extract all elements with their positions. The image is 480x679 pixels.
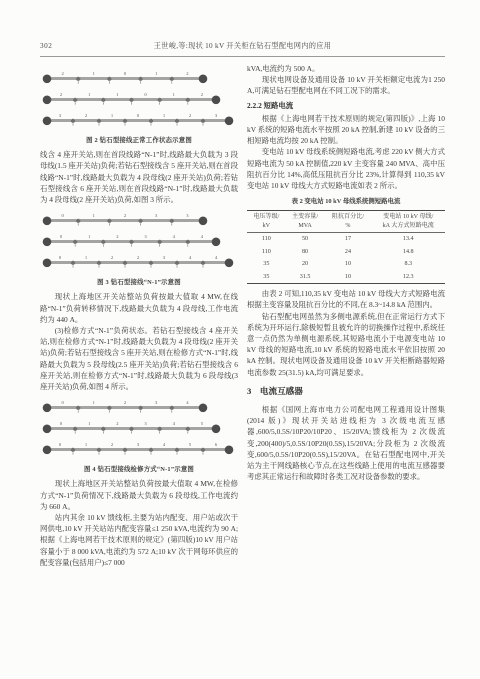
svg-text:1: 1 <box>88 234 91 239</box>
table-2: 电压等级/ kV主变容量/ MVA阻抗百分比/ %变电站 10 kV 母线/ k… <box>247 210 445 284</box>
figure-4-diagram: 012340123450123456 <box>40 394 238 464</box>
left-paragraph-5: 站内其余 10 kV 馈线柜,主要为站内配变、用户站或次干网供电,10 kV 开… <box>40 512 238 568</box>
svg-text:4: 4 <box>189 255 192 260</box>
svg-text:5: 5 <box>201 421 204 426</box>
table-cell: 24 <box>324 245 371 258</box>
svg-text:4: 4 <box>201 234 204 239</box>
svg-text:0: 0 <box>137 113 140 118</box>
figure-3: 012330123440122344 图 3 钻石型接线“N-1”示意图 <box>40 207 238 287</box>
paper-page: 302 王世峻,等:现状 10 kV 开关柜在钻石型配电网内的应用 210122… <box>0 0 480 679</box>
svg-text:2: 2 <box>111 442 114 447</box>
table-2-header: 电压等级/ kV主变容量/ MVA阻抗百分比/ %变电站 10 kV 母线/ k… <box>247 211 445 232</box>
right-paragraph-7: 根据《国网上海市电力公司配电网工程通用设计图集(2014 版)》现状开关站进线柜… <box>247 404 445 482</box>
svg-text:1: 1 <box>111 113 114 118</box>
table-cell: 110 <box>247 245 286 258</box>
svg-text:1: 1 <box>93 400 96 405</box>
table-cell: 17 <box>324 232 371 245</box>
table-row: 3531.51012.3 <box>247 271 445 284</box>
figure-2-diagram: 210122110123210123 <box>40 65 238 135</box>
svg-text:2: 2 <box>111 255 114 260</box>
svg-text:1: 1 <box>85 255 88 260</box>
table-cell: 14.8 <box>372 245 446 258</box>
figure-4: 012340123450123456 图 4 钻石型接线检修方式“N-1”示意图 <box>40 394 238 474</box>
table-cell: 50 <box>286 232 325 245</box>
svg-text:0: 0 <box>61 400 64 405</box>
right-paragraph-4: 变电站 10 kV 母线系统侧短路电流,考虑 220 kV 侧大方式短路电流为 … <box>247 146 445 191</box>
svg-text:0: 0 <box>59 255 62 260</box>
svg-text:0: 0 <box>60 421 63 426</box>
figure-3-diagram: 012330123440122344 <box>40 207 238 277</box>
table-2-caption: 表 2 变电站 10 kV 母线系统侧短路电流 <box>247 196 445 207</box>
svg-text:4: 4 <box>173 234 176 239</box>
svg-text:3: 3 <box>163 255 166 260</box>
table-cell: 31.5 <box>286 271 325 284</box>
svg-text:0: 0 <box>60 234 63 239</box>
figure-3-caption: 图 3 钻石型接线“N-1”示意图 <box>40 278 238 287</box>
svg-text:2: 2 <box>186 71 189 76</box>
svg-text:2: 2 <box>61 71 64 76</box>
table-cell: 35 <box>247 258 286 271</box>
table-cell: 8.3 <box>372 258 446 271</box>
svg-text:1: 1 <box>116 92 119 97</box>
table-cell: 13.4 <box>372 232 446 245</box>
svg-text:5: 5 <box>189 442 192 447</box>
svg-text:0: 0 <box>59 442 62 447</box>
svg-text:1: 1 <box>88 92 91 97</box>
figure-4-caption: 图 4 钻石型接线检修方式“N-1”示意图 <box>40 465 238 474</box>
figure-2-caption: 图 2 钻石型接线正常工作状态示意图 <box>40 136 238 145</box>
svg-text:3: 3 <box>215 113 218 118</box>
svg-text:2: 2 <box>124 400 127 405</box>
table-cell: 110 <box>247 232 286 245</box>
table-row: 3520108.3 <box>247 258 445 271</box>
table-column-header: 变电站 10 kV 母线/ kA 大方式短路电流 <box>372 211 446 232</box>
right-paragraph-2: 现状电网设备及通用设备 10 kV 开关柜额定电流为1 250 A,可满足钻石型… <box>247 74 445 96</box>
page-header: 302 王世峻,等:现状 10 kV 开关柜在钻石型配电网内的应用 <box>40 41 445 57</box>
right-paragraph-1: kVA,电流约为 500 A。 <box>247 63 445 74</box>
svg-text:2: 2 <box>137 255 140 260</box>
svg-text:2: 2 <box>189 113 192 118</box>
svg-text:3: 3 <box>137 442 140 447</box>
table-cell: 20 <box>286 258 325 271</box>
svg-text:2: 2 <box>85 113 88 118</box>
svg-text:1: 1 <box>93 213 96 218</box>
svg-text:1: 1 <box>173 92 176 97</box>
svg-text:1: 1 <box>163 113 166 118</box>
svg-text:3: 3 <box>144 234 147 239</box>
left-column: 210122110123210123 图 2 钻石型接线正常工作状态示意图 线含… <box>40 63 238 568</box>
svg-text:1: 1 <box>88 421 91 426</box>
svg-text:4: 4 <box>186 400 189 405</box>
table-column-header: 电压等级/ kV <box>247 211 286 232</box>
right-column: kVA,电流约为 500 A。 现状电网设备及通用设备 10 kV 开关柜额定电… <box>247 63 445 568</box>
svg-text:0: 0 <box>144 92 147 97</box>
svg-text:3: 3 <box>186 213 189 218</box>
left-paragraph-4: 现状上海地区开关站整站负荷按最大值取 4 MW,在检修方式“N-1”负荷情况下,… <box>40 478 238 512</box>
svg-text:2: 2 <box>116 234 119 239</box>
section-heading-3: 3 电流互感器 <box>247 386 445 397</box>
table-column-header: 主变容量/ MVA <box>286 211 325 232</box>
svg-text:3: 3 <box>155 400 158 405</box>
figure-2: 210122110123210123 图 2 钻石型接线正常工作状态示意图 <box>40 65 238 145</box>
table-column-header: 阻抗百分比/ % <box>324 211 371 232</box>
table-cell: 35 <box>247 271 286 284</box>
svg-text:3: 3 <box>59 113 62 118</box>
svg-text:1: 1 <box>93 71 96 76</box>
svg-text:2: 2 <box>60 92 63 97</box>
svg-text:0: 0 <box>124 71 127 76</box>
svg-text:2: 2 <box>124 213 127 218</box>
svg-text:3: 3 <box>144 421 147 426</box>
left-paragraph-2: 现状上海地区开关站整站负荷按最大值取 4 MW,在线路“N-1”负荷转移情况下,… <box>40 291 238 325</box>
right-paragraph-5: 由表 2 可知,110,35 kV 变电站 10 kV 母线大方式短路电流根据主… <box>247 288 445 310</box>
running-title: 王世峻,等:现状 10 kV 开关柜在钻石型配电网内的应用 <box>100 41 385 51</box>
table-cell: 10 <box>324 271 371 284</box>
table-2-body: 110501713.4110802414.83520108.33531.5101… <box>247 232 445 283</box>
svg-text:3: 3 <box>155 213 158 218</box>
page-number: 302 <box>40 42 100 50</box>
svg-text:0: 0 <box>61 213 64 218</box>
svg-text:4: 4 <box>163 442 166 447</box>
table-row: 110802414.8 <box>247 245 445 258</box>
svg-text:1: 1 <box>85 442 88 447</box>
svg-text:2: 2 <box>116 421 119 426</box>
svg-text:4: 4 <box>215 255 218 260</box>
left-paragraph-1: 线含 4 座开关站,则在首段线路“N-1”时,线路最大负载为 3 段母线(1.5… <box>40 149 238 205</box>
table-cell: 12.3 <box>372 271 446 284</box>
left-paragraph-3: (3)检修方式“N-1”负荷状态。若钻石型接线含 4 座开关站,则在检修方式“N… <box>40 325 238 392</box>
svg-text:1: 1 <box>155 71 158 76</box>
svg-text:4: 4 <box>173 421 176 426</box>
svg-text:2: 2 <box>201 92 204 97</box>
right-paragraph-3: 根据《上海电网若干技术原则的规定(第四版)》,上海 10 kV 系统的短路电流水… <box>247 113 445 147</box>
table-row: 110501713.4 <box>247 232 445 245</box>
section-heading-2-2-2: 2.2.2 短路电流 <box>247 100 445 111</box>
svg-text:6: 6 <box>215 442 218 447</box>
right-paragraph-6: 钻石型配电网虽然为多侧电源系统,但在正常运行方式下系统为开环运行,除极短暂且被允… <box>247 311 445 378</box>
two-column-body: 210122110123210123 图 2 钻石型接线正常工作状态示意图 线含… <box>40 63 445 568</box>
table-cell: 80 <box>286 245 325 258</box>
table-cell: 10 <box>324 258 371 271</box>
